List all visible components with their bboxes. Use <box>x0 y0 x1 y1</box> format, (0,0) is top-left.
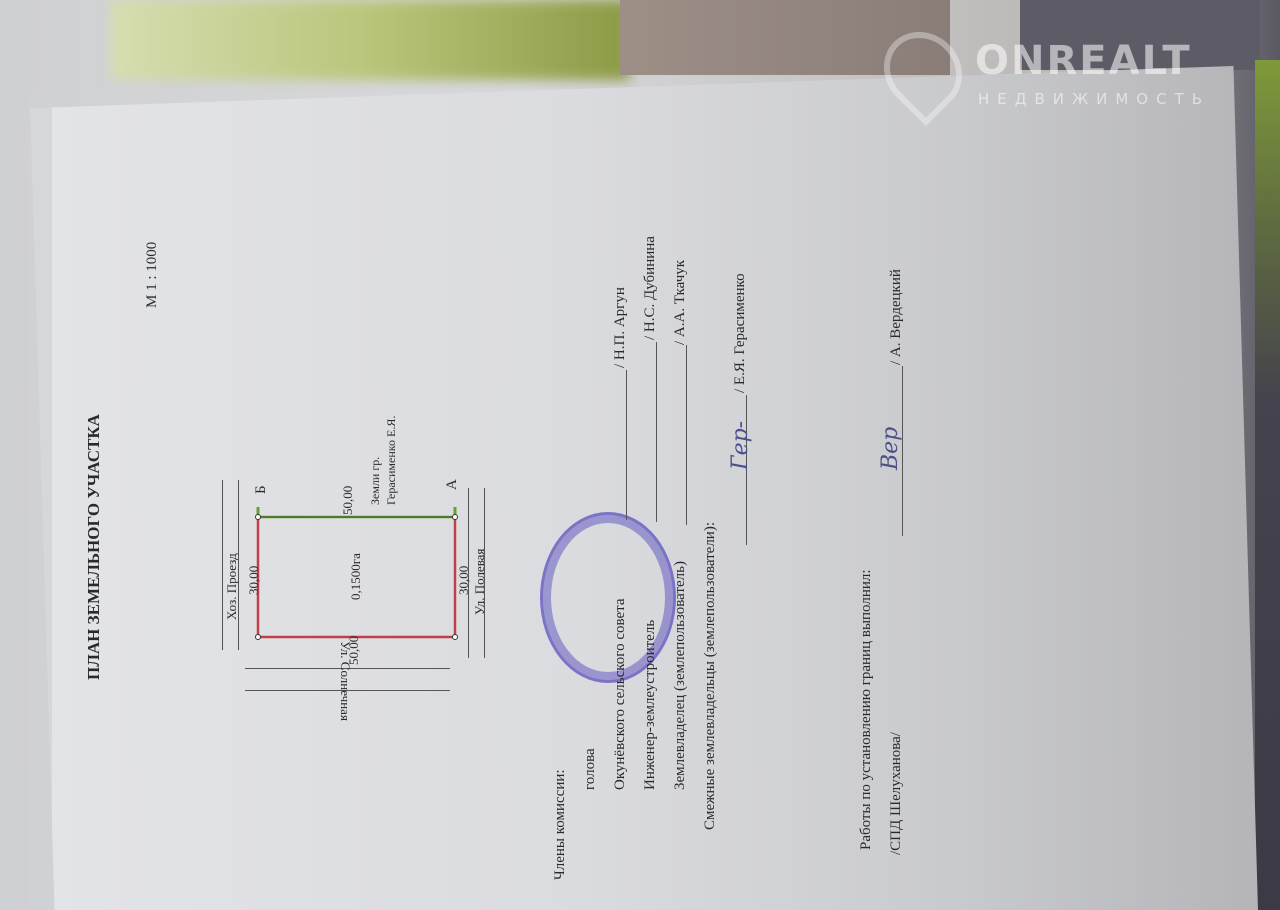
commission-role: Смежные землевладельцы (землепользовател… <box>702 522 719 830</box>
commission-name: / Е.Я. Герасименко <box>732 273 749 393</box>
signature-line <box>656 342 657 522</box>
signature-line <box>626 370 627 520</box>
background-green <box>110 0 630 80</box>
street-bottom: Ул. Полевая <box>472 549 488 615</box>
background-right-edge <box>1255 60 1280 910</box>
works-header: Работы по установлению границ выполнил: <box>858 569 875 850</box>
street-line <box>222 480 223 650</box>
street-top: Хоз. Проезд <box>224 553 240 620</box>
side-right-length: 50,00 <box>340 486 356 515</box>
commission-role: Инженер-землеустроитель <box>642 620 659 790</box>
commission-name: / Н.П. Аргун <box>612 287 629 368</box>
signature-line <box>746 395 747 545</box>
page-fold <box>28 92 52 910</box>
commission-role: голова <box>582 748 599 790</box>
works-signature: Вер <box>878 427 903 470</box>
works-name: / А. Вердецкий <box>888 269 905 365</box>
commission-role: Окунёвского сельского совета <box>612 598 629 790</box>
watermark-tagline: НЕДВИЖИМОСТЬ <box>978 90 1210 108</box>
side-left-length: 50,00 <box>346 636 362 665</box>
commission-name: / А.А. Ткачук <box>672 260 689 345</box>
plot-area: 0,1500га <box>348 553 364 600</box>
signature-line <box>686 345 687 525</box>
watermark-brand: ONREALT <box>975 38 1192 84</box>
side-top-length: 30,00 <box>246 566 262 595</box>
point-b: Б <box>253 485 270 494</box>
side-bottom-length: 30,00 <box>456 566 472 595</box>
scale-label: М 1 : 1000 <box>144 242 161 308</box>
page-title: ПЛАН ЗЕМЕЛЬНОГО УЧАСТКА <box>84 414 104 680</box>
neighbor-label-2: Герасименко Е.Я. <box>384 416 399 505</box>
neighbor-signature: Гер- <box>728 421 753 470</box>
works-org: /СПД Шелуханова/ <box>888 732 905 855</box>
commission-name: / Н.С. Дубинина <box>642 236 659 340</box>
point-a: А <box>444 479 461 490</box>
commission-header: Члены комиссии: <box>552 769 569 880</box>
commission-role: Землевладелец (землепользователь) <box>672 561 689 790</box>
neighbor-label-1: Земли гр. <box>368 457 383 505</box>
